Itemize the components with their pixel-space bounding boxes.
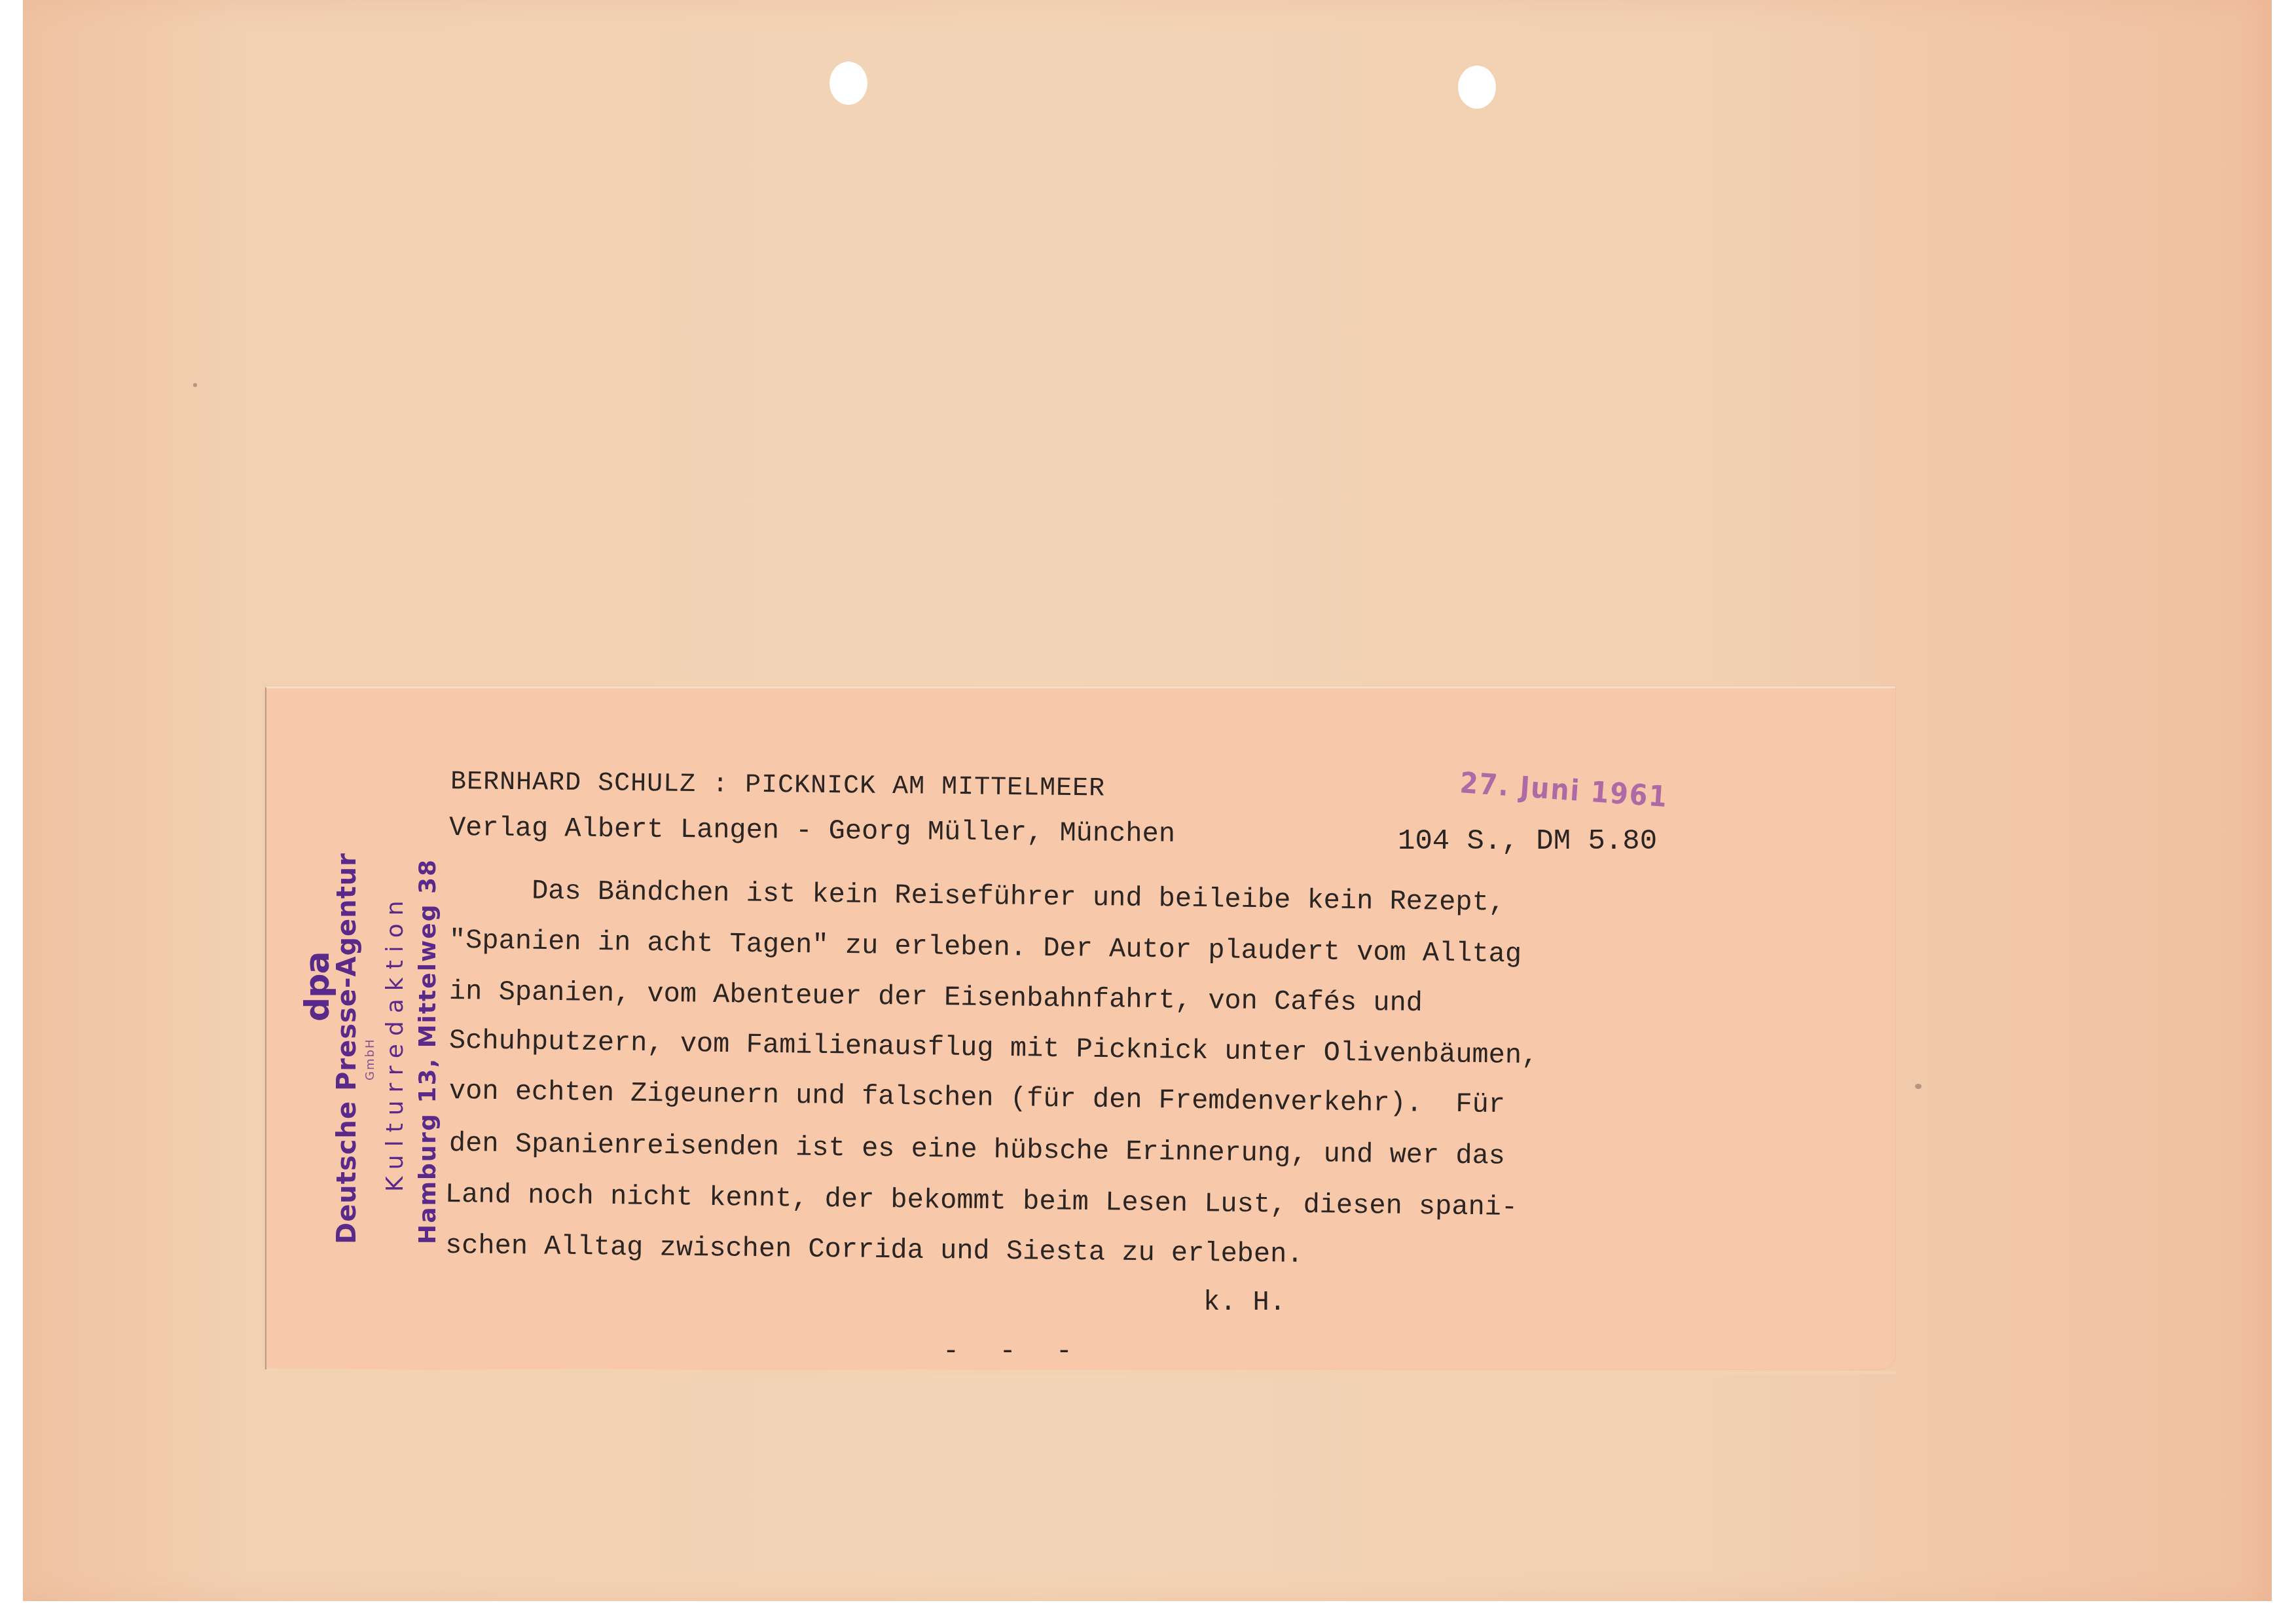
author-initials: k. H. <box>1203 1287 1286 1318</box>
stamp-department: Kulturredaktion <box>382 893 409 1192</box>
punch-hole-left <box>829 62 867 105</box>
pages-price: 104 S., DM 5.80 <box>1398 825 1657 858</box>
stamp-agency-name: Deutsche Presse-Agentur <box>332 853 362 1244</box>
publisher-line: Verlag Albert Langen - Georg Müller, Mün… <box>449 812 1175 850</box>
paper-speck <box>1915 1084 1922 1089</box>
stamp-address: Hamburg 13, Mittelweg 38 <box>414 858 441 1244</box>
end-marker: - - - <box>943 1336 1084 1367</box>
stamp-logo: dpa <box>298 951 337 1022</box>
stamp-legal-form: GmbH <box>363 1039 377 1080</box>
paper-speck <box>193 383 197 387</box>
punch-hole-right <box>1458 65 1496 109</box>
dpa-stamp: dpa Deutsche Presse-Agentur GmbH Kulturr… <box>298 760 455 1244</box>
